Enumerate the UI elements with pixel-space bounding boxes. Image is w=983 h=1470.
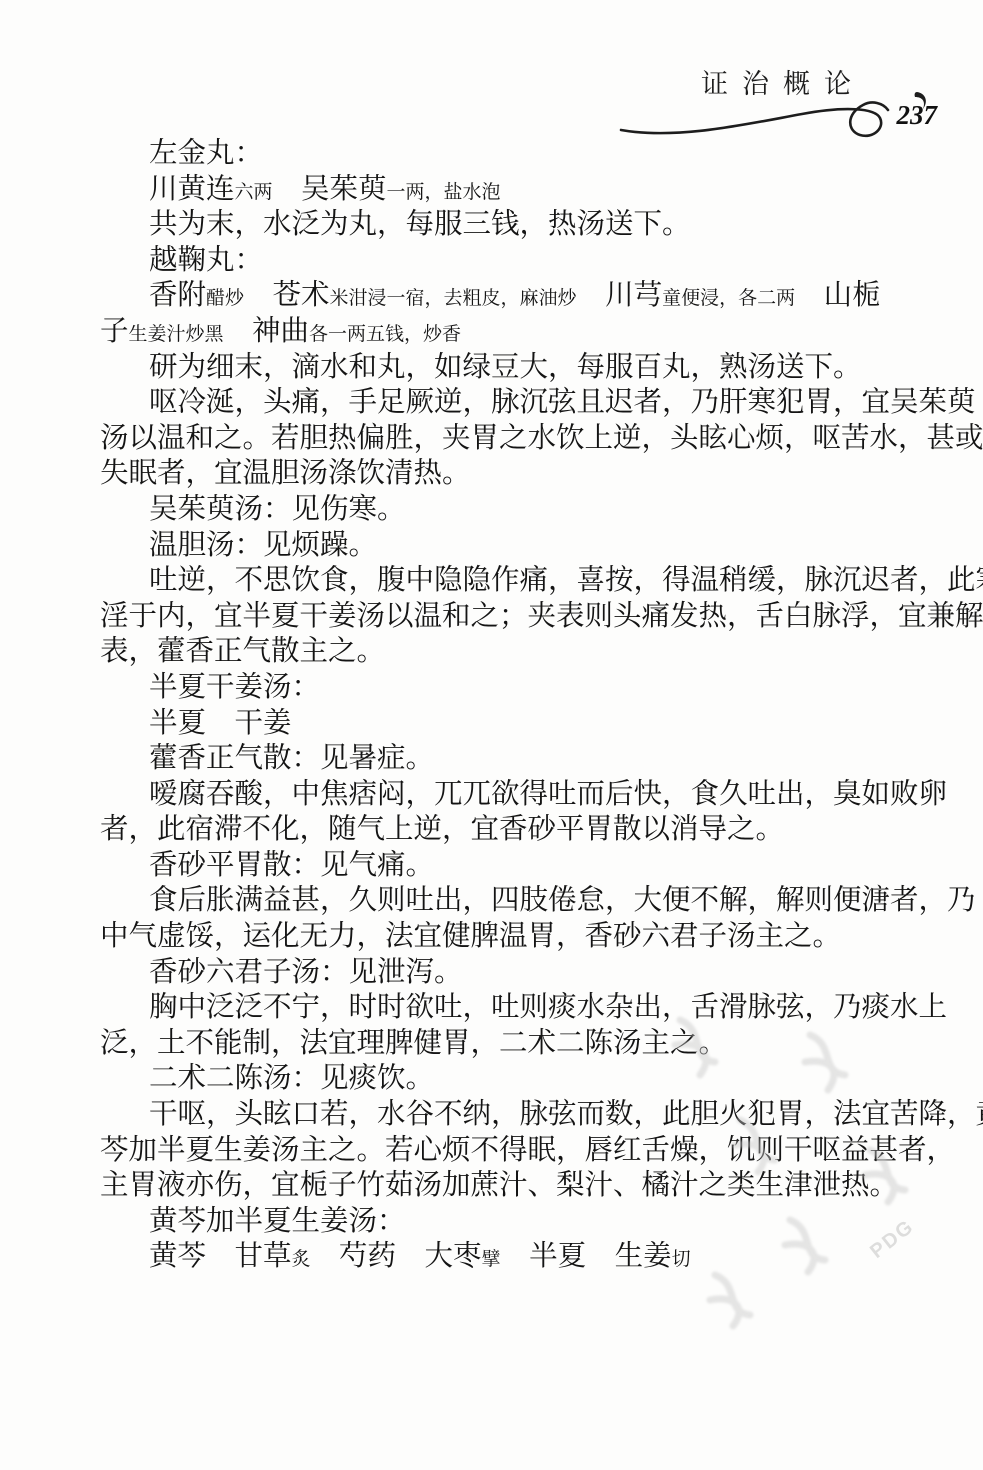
- text-line: 吴茱萸汤：见伤寒。: [100, 492, 900, 528]
- text-run: 食后胀满益甚，久则吐出，四肢倦怠，大便不解，解则便溏者，乃: [149, 885, 976, 916]
- annotation-run: 切: [672, 1249, 691, 1270]
- text-line: 汤以温和之。若胆热偏胜，夹胃之水饮上逆，头眩心烦，呕苦水，甚或: [100, 421, 900, 457]
- text-run: 二术二陈汤：见痰饮。: [149, 1063, 434, 1094]
- text-line: 半夏干姜汤：: [100, 670, 900, 706]
- text-line: 共为末，水泛为丸，每服三钱，热汤送下。: [100, 207, 900, 243]
- text-run: 川芎: [577, 280, 663, 311]
- text-run: 半夏 干姜: [149, 708, 292, 739]
- text-run: 泛，土不能制，法宜理脾健胃，二术二陈汤主之。: [100, 1028, 727, 1059]
- text-run: 表，藿香正气散主之。: [100, 636, 385, 667]
- text-run: 山栀: [795, 280, 881, 311]
- text-run: 芩加半夏生姜汤主之。若心烦不得眠，唇红舌燥，饥则干呕益甚者，: [100, 1135, 955, 1166]
- text-run: 胸中泛泛不宁，时时欲吐，吐则痰水杂出，舌滑脉弦，乃痰水上: [149, 992, 947, 1023]
- text-run: 温胆汤：见烦躁。: [149, 530, 377, 561]
- text-line: 黄芩 甘草炙 芍药 大枣擘 半夏 生姜切: [100, 1239, 900, 1275]
- text-line: 香附醋炒 苍术米泔浸一宿，去粗皮，麻油炒 川芎童便浸，各二两 山栀: [100, 278, 900, 314]
- text-line: 者，此宿滞不化，随气上逆，宜香砂平胃散以消导之。: [100, 812, 900, 848]
- text-line: 淫于内，宜半夏干姜汤以温和之；夹表则头痛发热，舌白脉浮，宜兼解: [100, 599, 900, 635]
- text-line: 子生姜汁炒黑 神曲各一两五钱，炒香: [100, 314, 900, 350]
- text-line: 中气虚馁，运化无力，法宜健脾温胃，香砂六君子汤主之。: [100, 919, 900, 955]
- page-number: 237: [897, 100, 938, 131]
- annotation-run: 擘: [482, 1249, 501, 1270]
- text-run: 香砂平胃散：见气痛。: [149, 850, 434, 881]
- text-line: 失眠者，宜温胆汤涤饮清热。: [100, 456, 900, 492]
- text-line: 温胆汤：见烦躁。: [100, 528, 900, 564]
- annotation-run: 六两: [235, 182, 273, 203]
- text-run: 干呕，头眩口若，水谷不纳，脉弦而数，此胆火犯胃，法宜苦降，黄: [149, 1099, 983, 1130]
- text-block: 左金丸：川黄连六两 吴茱萸一两，盐水泡共为末，水泛为丸，每服三钱，热汤送下。越鞠…: [100, 136, 900, 1275]
- text-line: 半夏 干姜: [100, 706, 900, 742]
- text-line: 干呕，头眩口若，水谷不纳，脉弦而数，此胆火犯胃，法宜苦降，黄: [100, 1097, 900, 1133]
- text-line: 呕冷涎，头痛，手足厥逆，脉沉弦且迟者，乃肝寒犯胃，宜吴茱萸: [100, 385, 900, 421]
- text-line: 胸中泛泛不宁，时时欲吐，吐则痰水杂出，舌滑脉弦，乃痰水上: [100, 990, 900, 1026]
- text-run: 吴茱萸: [273, 174, 387, 205]
- text-line: 主胃液亦伤，宜栀子竹茹汤加蔗汁、梨汁、橘汁之类生津泄热。: [100, 1168, 900, 1204]
- text-line: 嗳腐吞酸，中焦痞闷，兀兀欲得吐而后快，食久吐出，臭如败卵: [100, 777, 900, 813]
- text-run: 半夏干姜汤：: [149, 672, 320, 703]
- text-line: 川黄连六两 吴茱萸一两，盐水泡: [100, 172, 900, 208]
- text-run: 香附: [149, 280, 206, 311]
- annotation-run: 童便浸，各二两: [662, 288, 795, 309]
- annotation-run: 一两，盐水泡: [387, 182, 501, 203]
- text-line: 表，藿香正气散主之。: [100, 634, 900, 670]
- text-line: 越鞠丸：: [100, 243, 900, 279]
- text-run: 吴茱萸汤：见伤寒。: [149, 494, 406, 525]
- text-line: 左金丸：: [100, 136, 900, 172]
- text-run: 苍术: [244, 280, 330, 311]
- text-run: 呕冷涎，头痛，手足厥逆，脉沉弦且迟者，乃肝寒犯胃，宜吴茱萸: [149, 387, 976, 418]
- text-run: 失眠者，宜温胆汤涤饮清热。: [100, 458, 471, 489]
- text-run: 越鞠丸：: [149, 245, 263, 276]
- text-run: 半夏 生姜: [501, 1241, 672, 1272]
- text-line: 香砂六君子汤：见泄泻。: [100, 955, 900, 991]
- text-run: 黄芩加半夏生姜汤：: [149, 1206, 406, 1237]
- text-run: 川黄连: [149, 174, 235, 205]
- text-line: 研为细末，滴水和丸，如绿豆大，每服百丸，熟汤送下。: [100, 350, 900, 386]
- text-run: 香砂六君子汤：见泄泻。: [149, 957, 463, 988]
- text-run: 者，此宿滞不化，随气上逆，宜香砂平胃散以消导之。: [100, 814, 784, 845]
- text-run: 藿香正气散：见暑症。: [149, 743, 434, 774]
- annotation-run: 炙: [292, 1249, 311, 1270]
- text-line: 黄芩加半夏生姜汤：: [100, 1204, 900, 1240]
- text-line: 香砂平胃散：见气痛。: [100, 848, 900, 884]
- text-run: 淫于内，宜半夏干姜汤以温和之；夹表则头痛发热，舌白脉浮，宜兼解: [100, 601, 983, 632]
- text-run: 吐逆，不思饮食，腹中隐隐作痛，喜按，得温稍缓，脉沉迟者，此寒: [149, 565, 983, 596]
- text-run: 芍药 大枣: [311, 1241, 482, 1272]
- text-line: 二术二陈汤：见痰饮。: [100, 1061, 900, 1097]
- text-line: 藿香正气散：见暑症。: [100, 741, 900, 777]
- text-run: 共为末，水泛为丸，每服三钱，热汤送下。: [149, 209, 691, 240]
- text-run: 黄芩 甘草: [149, 1241, 292, 1272]
- annotation-run: 各一两五钱，炒香: [309, 324, 461, 345]
- annotation-run: 醋炒: [206, 288, 244, 309]
- annotation-run: 生姜汁炒黑: [129, 324, 224, 345]
- text-run: 嗳腐吞酸，中焦痞闷，兀兀欲得吐而后快，食久吐出，臭如败卵: [149, 779, 947, 810]
- text-run: 汤以温和之。若胆热偏胜，夹胃之水饮上逆，头眩心烦，呕苦水，甚或: [100, 423, 983, 454]
- text-run: 研为细末，滴水和丸，如绿豆大，每服百丸，熟汤送下。: [149, 352, 862, 383]
- text-run: 中气虚馁，运化无力，法宜健脾温胃，香砂六君子汤主之。: [100, 921, 841, 952]
- text-run: 左金丸：: [149, 138, 263, 169]
- text-run: 神曲: [224, 316, 310, 347]
- text-run: 子: [100, 316, 129, 347]
- annotation-run: 米泔浸一宿，去粗皮，麻油炒: [330, 288, 577, 309]
- scanned-book-page: 证治概论 237 左金丸：川黄连六两 吴茱萸一两，盐水泡共为末，水泛为丸，每服三…: [0, 0, 983, 1470]
- text-run: 主胃液亦伤，宜栀子竹茹汤加蔗汁、梨汁、橘汁之类生津泄热。: [100, 1170, 898, 1201]
- text-line: 芩加半夏生姜汤主之。若心烦不得眠，唇红舌燥，饥则干呕益甚者，: [100, 1133, 900, 1169]
- text-line: 食后胀满益甚，久则吐出，四肢倦怠，大便不解，解则便溏者，乃: [100, 883, 900, 919]
- text-line: 泛，土不能制，法宜理脾健胃，二术二陈汤主之。: [100, 1026, 900, 1062]
- text-line: 吐逆，不思饮食，腹中隐隐作痛，喜按，得温稍缓，脉沉迟者，此寒: [100, 563, 900, 599]
